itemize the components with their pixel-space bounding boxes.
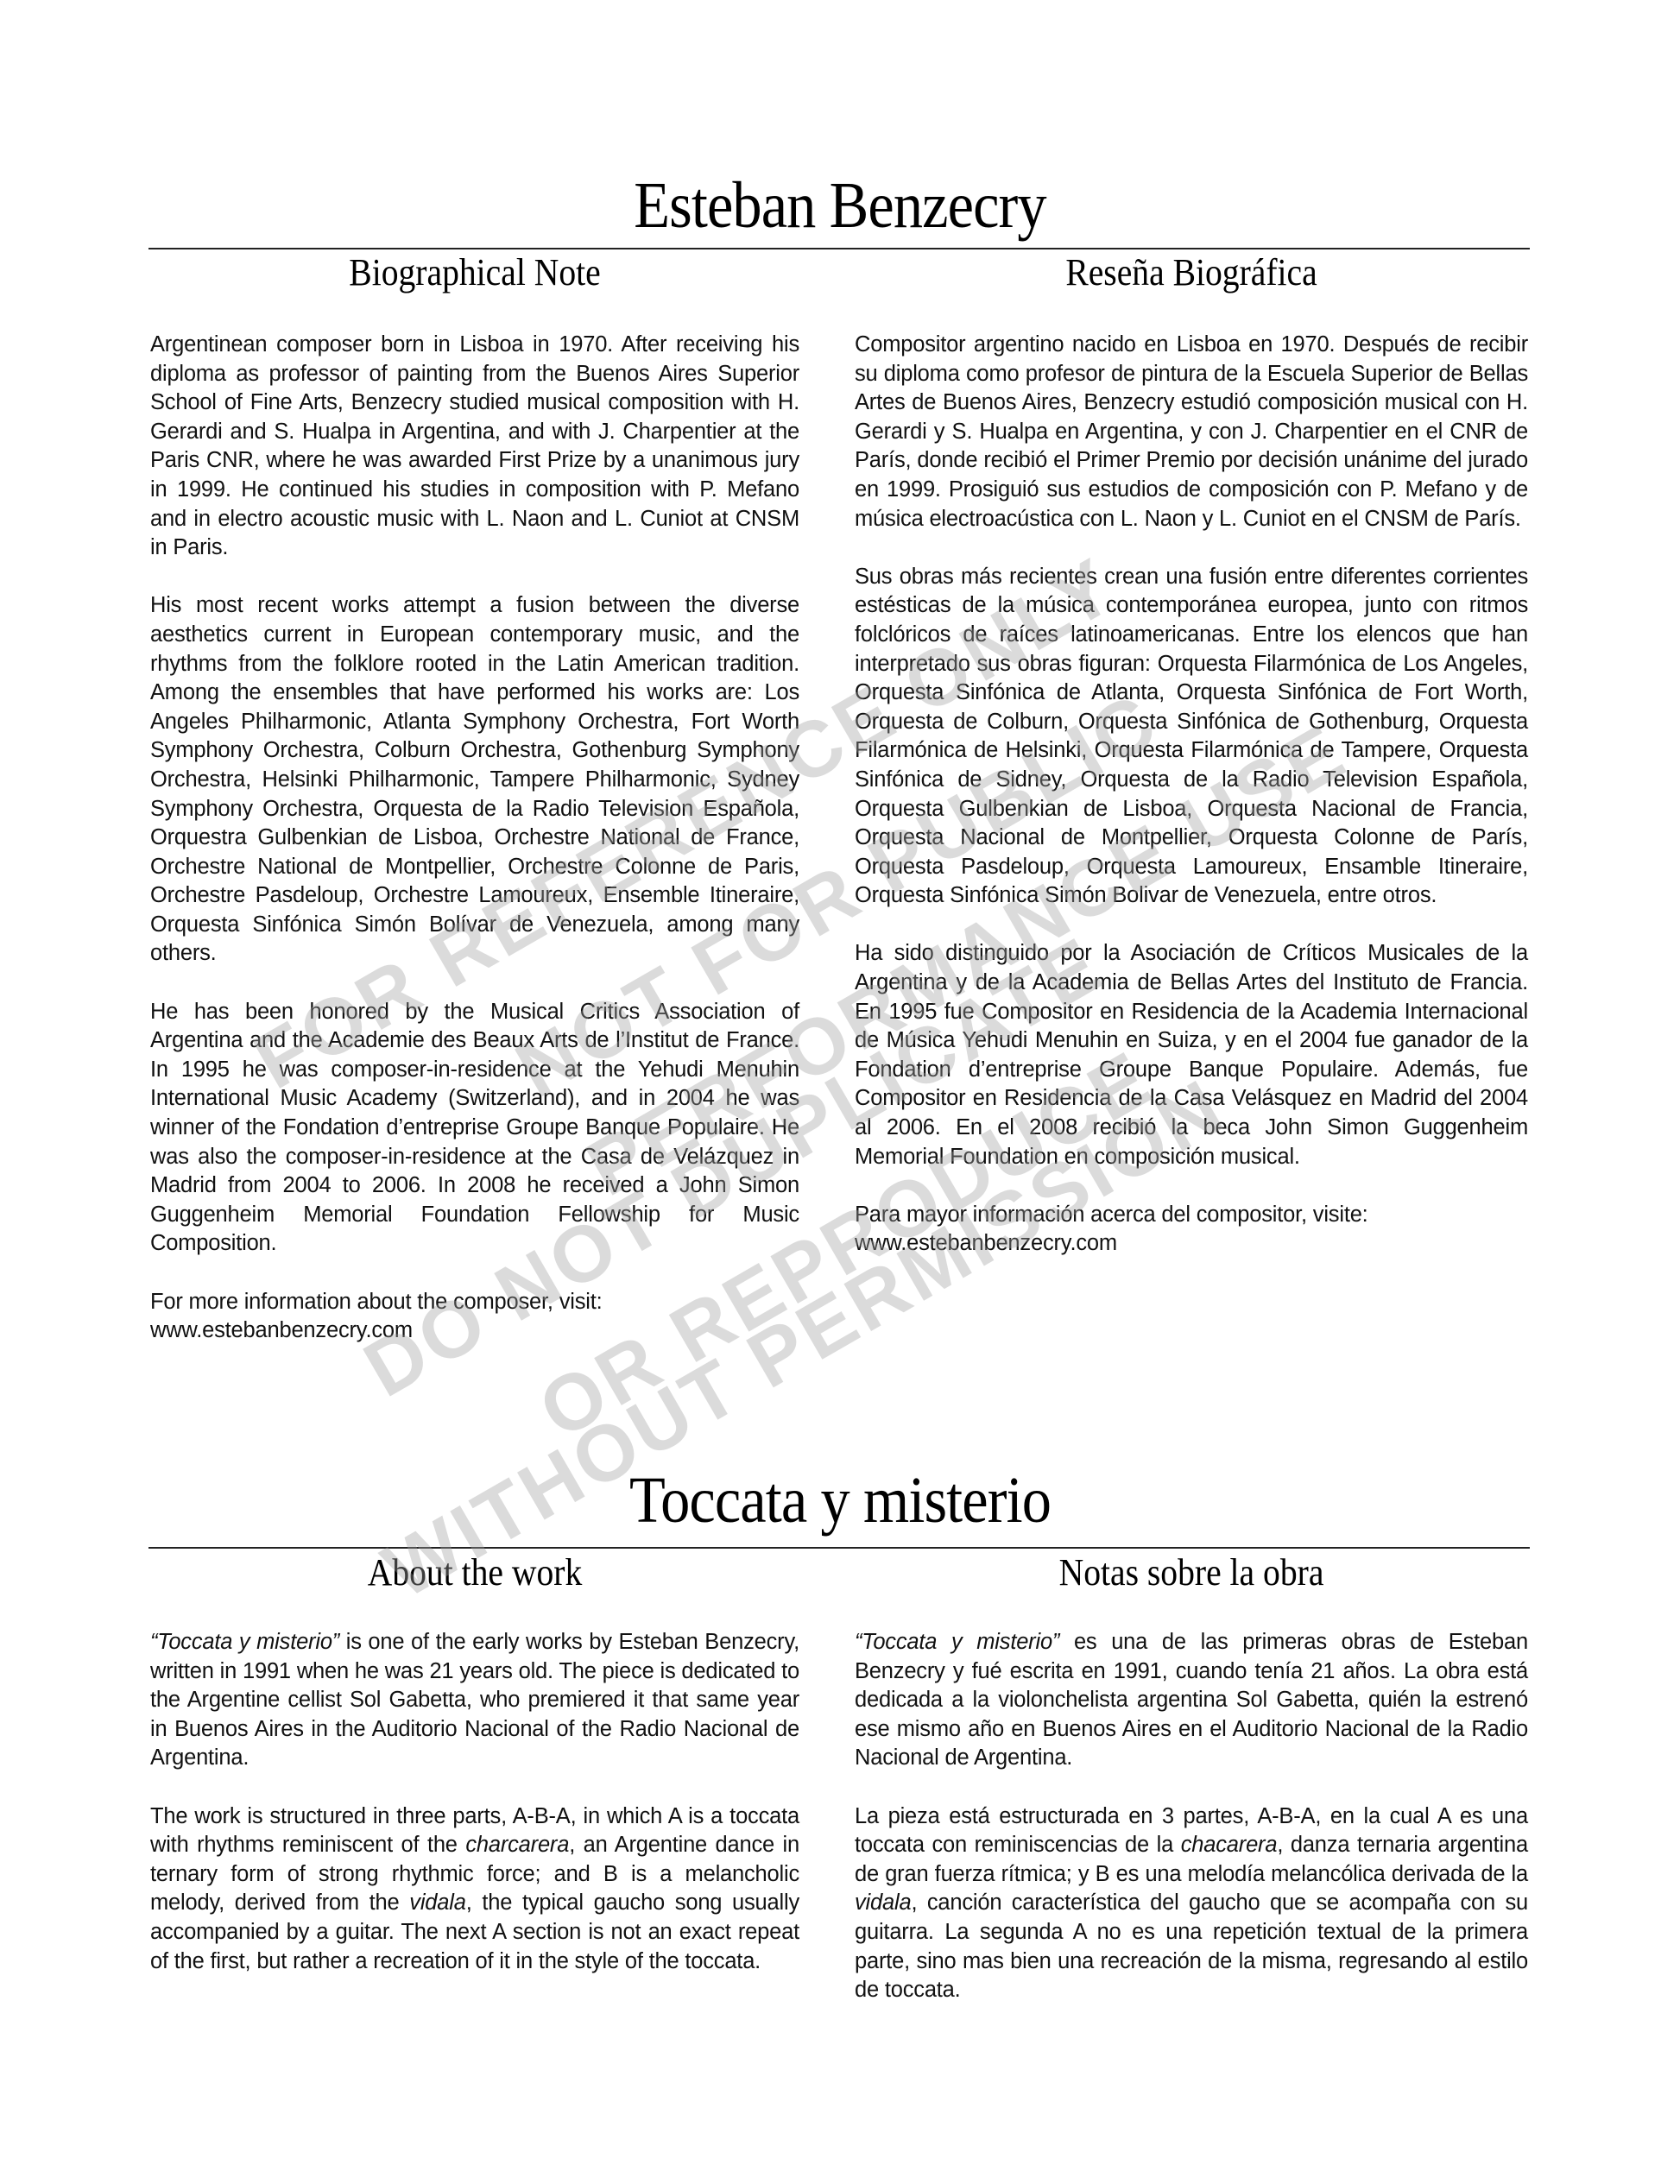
english-bio-paragraph-3: He has been honored by the Musical Criti… [150, 998, 799, 1259]
spanish-work-p2-text-c: , canción característica del gaucho que … [855, 1890, 1528, 2002]
heading-notas-sobre-la-obra: Notas sobre la obra [888, 1554, 1494, 1592]
english-work-paragraph-1: “Toccata y misterio” is one of the early… [150, 1628, 799, 1773]
english-work-column: “Toccata y misterio” is one of the early… [150, 1628, 799, 2005]
term-charcarera: charcarera [465, 1833, 569, 1857]
english-bio-paragraph-2: His most recent works attempt a fusion b… [150, 591, 799, 969]
term-vidala: vidala [409, 1890, 465, 1915]
spanish-work-paragraph-1: “Toccata y misterio” es una de las prime… [855, 1628, 1528, 1773]
term-vidala-es: vidala [855, 1890, 911, 1915]
work-title-italic: “Toccata y misterio” [150, 1630, 339, 1654]
work-title-divider [148, 1547, 1530, 1549]
spanish-work-paragraph-2: La pieza está estructurada en 3 partes, … [855, 1802, 1528, 2005]
heading-biographical-note: Biographical Note [183, 254, 767, 292]
spanish-more-info: Para mayor información acerca del compos… [855, 1201, 1528, 1259]
title-divider [148, 248, 1530, 249]
composer-name-title: Esteban Benzecry [84, 173, 1595, 238]
spanish-bio-paragraph-2: Sus obras más recientes crean una fusión… [855, 563, 1528, 911]
heading-about-the-work: About the work [183, 1554, 767, 1592]
english-bio-paragraph-1: Argentinean composer born in Lisboa in 1… [150, 331, 799, 563]
spanish-bio-paragraph-3: Ha sido distinguido por la Asociación de… [855, 939, 1528, 1171]
spanish-bio-column: Compositor argentino nacido en Lisboa en… [855, 331, 1528, 1288]
spanish-work-column: “Toccata y misterio” es una de las prime… [855, 1628, 1528, 2034]
website-link-english[interactable]: www.estebanbenzecry.com [150, 1316, 799, 1346]
work-title-italic-es: “Toccata y misterio” [855, 1630, 1059, 1654]
english-more-info: For more information about the composer,… [150, 1288, 799, 1346]
english-work-paragraph-2: The work is structured in three parts, A… [150, 1802, 799, 1977]
spanish-more-info-text: Para mayor información acerca del compos… [855, 1202, 1368, 1227]
spanish-bio-paragraph-1: Compositor argentino nacido en Lisboa en… [855, 331, 1528, 533]
term-chacarera: chacarera [1181, 1833, 1278, 1857]
english-more-info-text: For more information about the composer,… [150, 1290, 603, 1314]
website-link-spanish[interactable]: www.estebanbenzecry.com [855, 1229, 1528, 1259]
heading-resena-biografica: Reseña Biográfica [888, 254, 1494, 292]
english-bio-column: Argentinean composer born in Lisboa in 1… [150, 331, 799, 1374]
work-title: Toccata y misterio [84, 1468, 1595, 1533]
